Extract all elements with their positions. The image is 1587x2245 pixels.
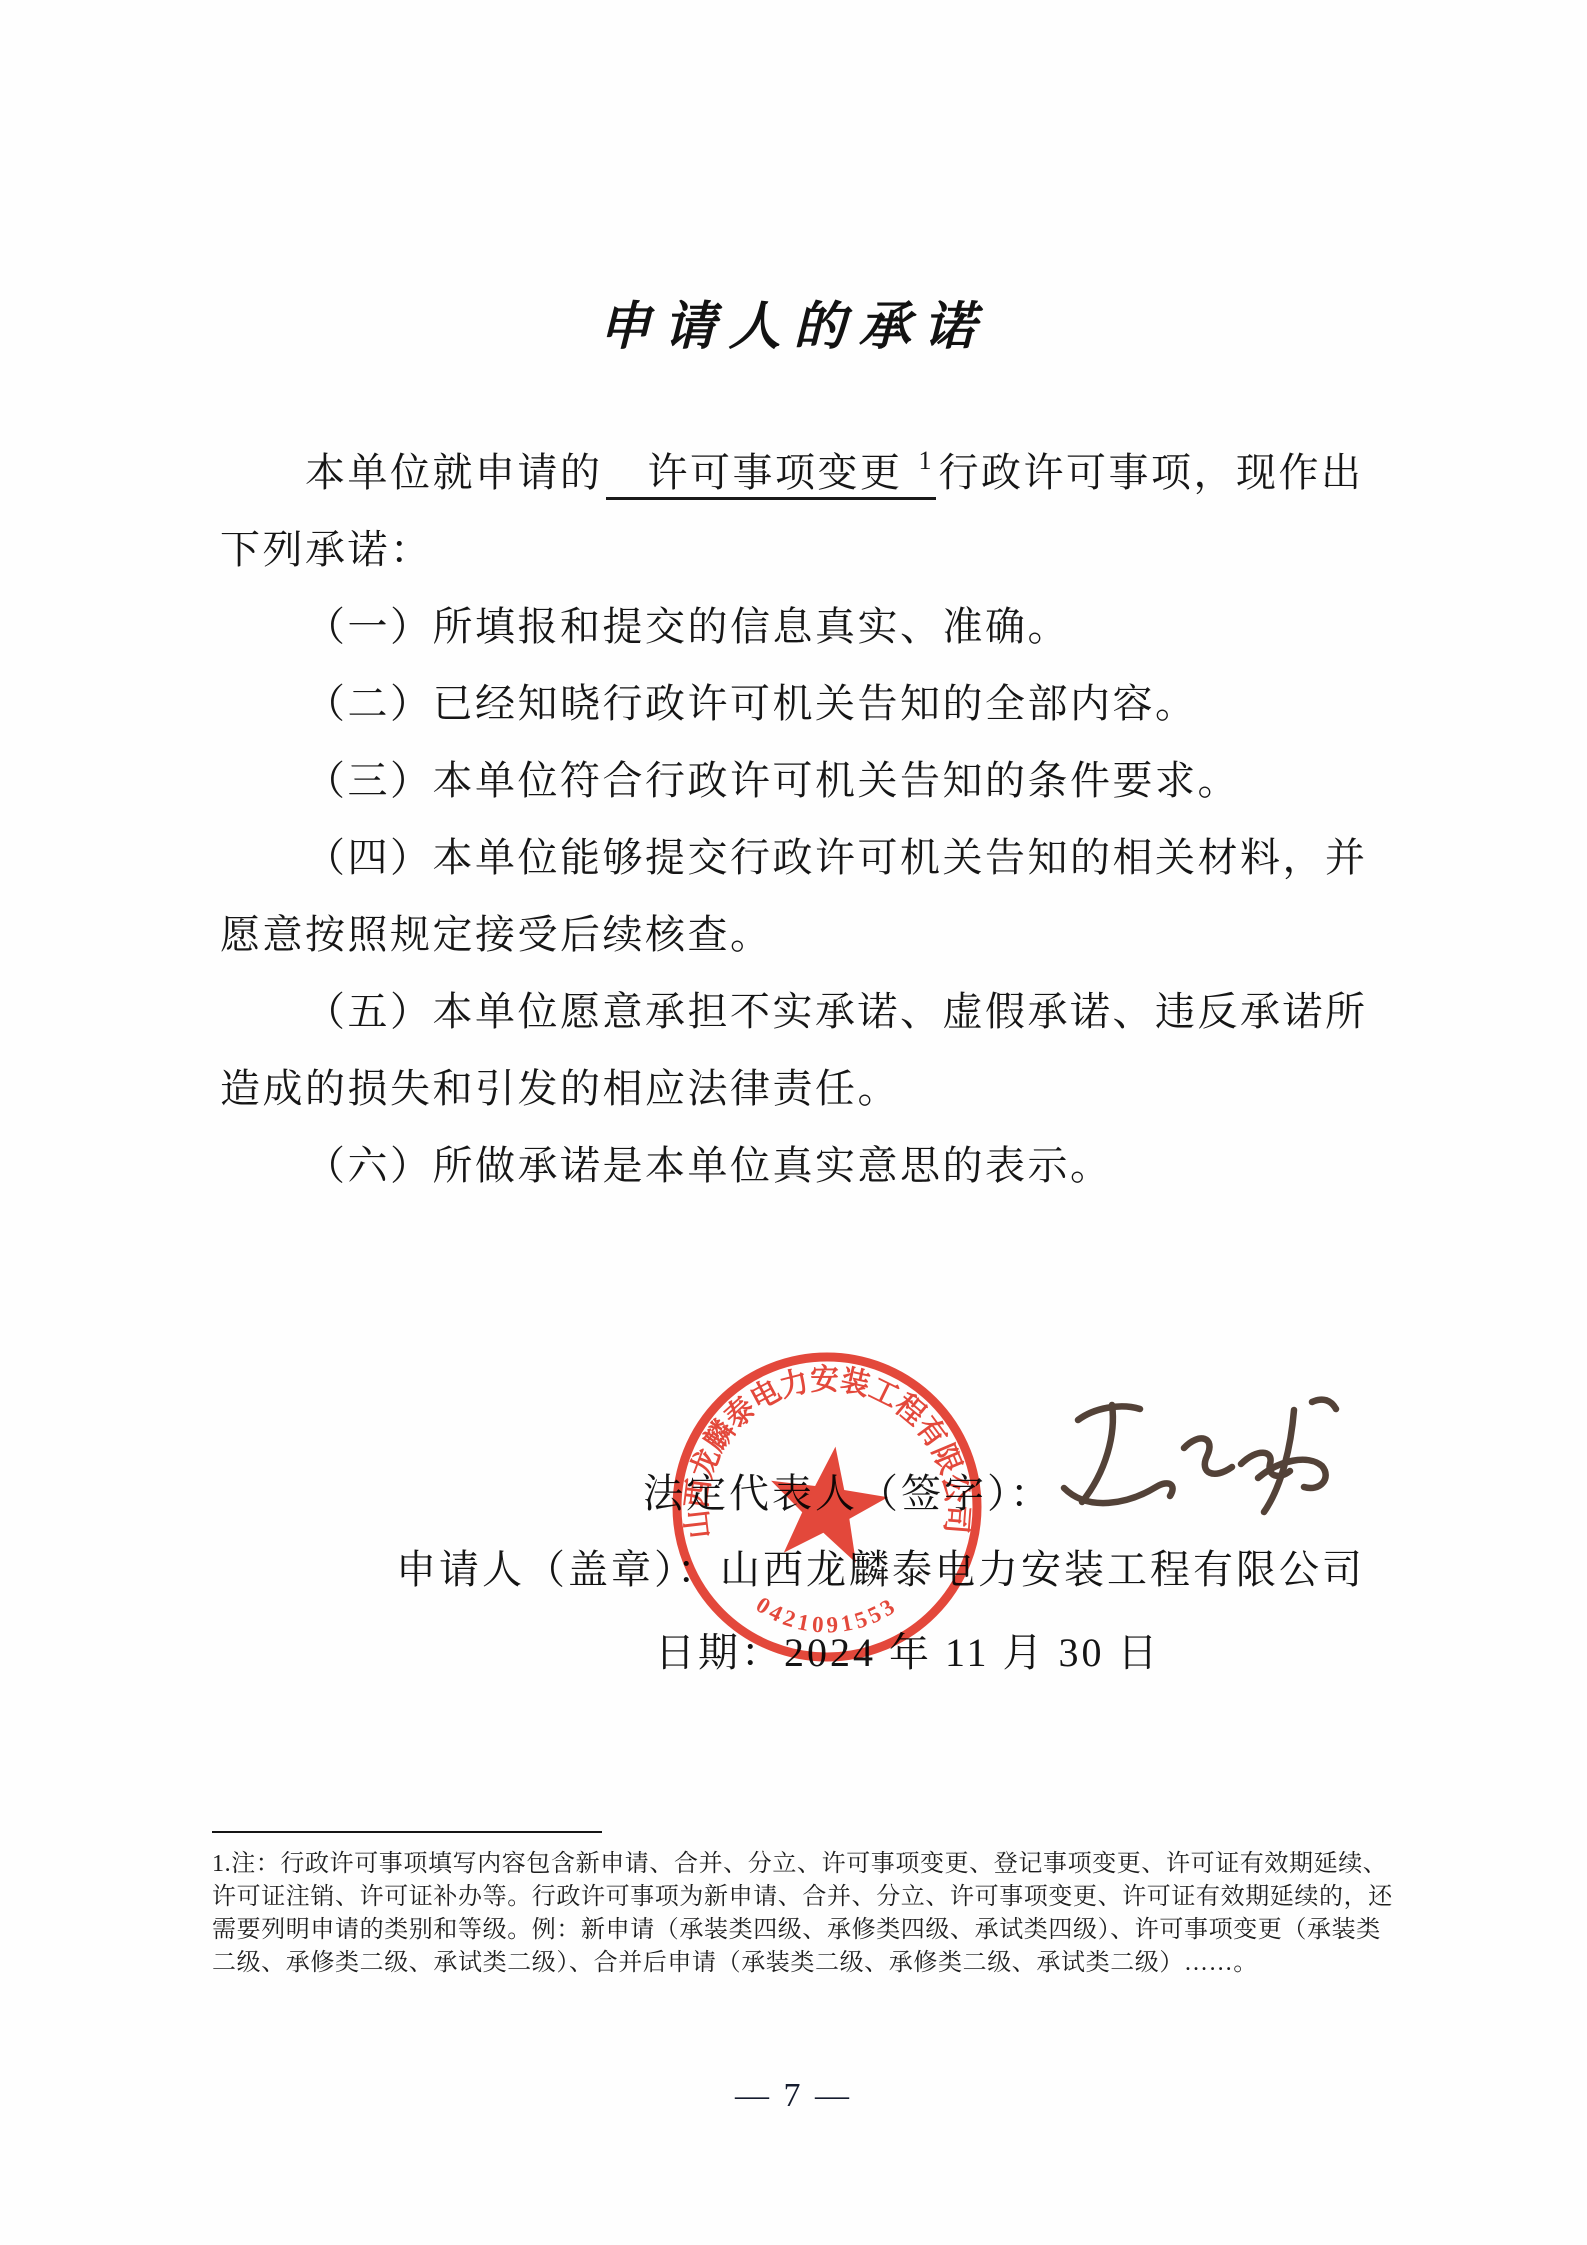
commitment-list: （一）所填报和提交的信息真实、准确。（二）已经知晓行政许可机关告知的全部内容。（… — [220, 588, 1405, 1204]
footnote-line: 许可证注销、许可证补办等。行政许可事项为新申请、合并、分立、许可事项变更、许可证… — [212, 1881, 1467, 1914]
commitment-line: （二）已经知晓行政许可机关告知的全部内容。 — [220, 665, 1405, 742]
footnote-separator — [212, 1831, 602, 1833]
footnote-ref-marker: 1 — [919, 446, 932, 475]
intro-suffix: 行政许可事项，现作出 — [939, 450, 1364, 495]
commitment-line: （六）所做承诺是本单位真实意思的表示。 — [220, 1127, 1405, 1204]
commitment-line: （五）本单位愿意承担不实承诺、虚假承诺、违反承诺所 — [220, 973, 1405, 1050]
footnote-line: 1.注：行政许可事项填写内容包含新申请、合并、分立、许可事项变更、登记事项变更、… — [212, 1848, 1467, 1881]
footnote-block: 1.注：行政许可事项填写内容包含新申请、合并、分立、许可事项变更、登记事项变更、… — [212, 1848, 1467, 1980]
document-page: 申请人的承诺 本单位就申请的许可事项变更1行政许可事项，现作出 下列承诺： （一… — [0, 0, 1587, 2245]
commitment-line: 造成的损失和引发的相应法律责任。 — [220, 1050, 1405, 1127]
seal-serial-number: 0421091553 — [752, 1592, 903, 1638]
footnote-line: 需要列明申请的类别和等级。例：新申请（承装类四级、承修类四级、承试类四级）、许可… — [212, 1914, 1467, 1947]
commitment-body: 本单位就申请的许可事项变更1行政许可事项，现作出 下列承诺： （一）所填报和提交… — [220, 434, 1405, 1204]
page-number: — 7 — — [0, 2077, 1587, 2115]
handwritten-signature — [1036, 1390, 1342, 1548]
footnote-line: 二级、承修类二级、承试类二级）、合并后申请（承装类二级、承修类二级、承试类二级）… — [212, 1947, 1467, 1980]
commitment-line: 愿意按照规定接受后续核查。 — [220, 896, 1405, 973]
commitment-line: （三）本单位符合行政许可机关告知的条件要求。 — [220, 742, 1405, 819]
svg-text:0421091553: 0421091553 — [752, 1592, 903, 1638]
page-title: 申请人的承诺 — [0, 284, 1587, 359]
commitment-line: （一）所填报和提交的信息真实、准确。 — [220, 588, 1405, 665]
commitment-line: （四）本单位能够提交行政许可机关告知的相关材料，并 — [220, 819, 1405, 896]
blank-underline: 许可事项变更1 — [606, 451, 936, 500]
intro-prefix: 本单位就申请的 — [305, 450, 603, 495]
seal-star-icon — [761, 1438, 893, 1566]
blank-value: 许可事项变更 — [648, 450, 903, 495]
intro-line-1: 本单位就申请的许可事项变更1行政许可事项，现作出 — [220, 434, 1405, 511]
company-seal-stamp: 山西龙麟泰电力安装工程有限公司 0421091553 — [656, 1336, 998, 1678]
intro-line-2: 下列承诺： — [220, 511, 1405, 588]
